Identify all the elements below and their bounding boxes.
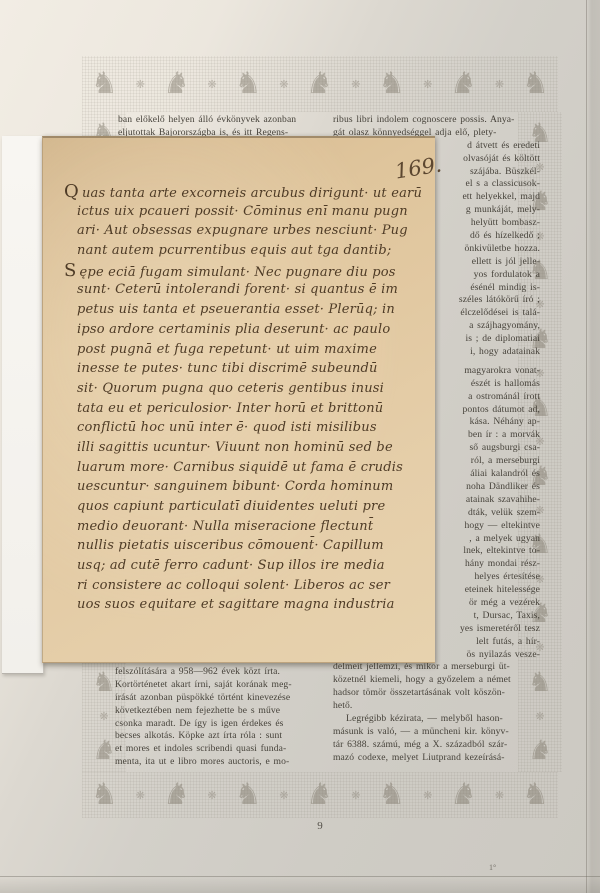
horseman-pattern-icon: ♞ bbox=[306, 780, 333, 810]
manuscript-line: Sępe eciā fugam simulant· Nec pugnare di… bbox=[64, 261, 427, 281]
manuscript-line: medio deuorant· Nulla miseracione flectu… bbox=[77, 517, 427, 537]
manuscript-line: quos capiunt particulatī diuidentes uelu… bbox=[77, 497, 427, 517]
manuscript-line: illi sagittis ucuntur· Viuunt non hominū… bbox=[77, 438, 427, 458]
text-line: ribus libri indolem cognoscere possis. A… bbox=[333, 114, 540, 127]
manuscript-line: tata eu et periculosior· Inter horū et b… bbox=[77, 399, 427, 419]
text-line: et mores et indoles scribendi quasi fund… bbox=[115, 743, 339, 756]
text-line: menta, ita ut e libro mores auctoris, e … bbox=[115, 756, 339, 769]
text-line: delmeit jellemzi, és mikor a merseburgi … bbox=[333, 661, 540, 674]
page-number: 9 bbox=[310, 820, 330, 832]
illuminated-initial: S bbox=[64, 260, 77, 281]
floret-motif-icon: ❋ bbox=[136, 790, 145, 801]
floret-motif-icon: ❋ bbox=[208, 79, 217, 90]
illuminated-initial: Q bbox=[64, 181, 79, 202]
horseman-pattern-icon: ♞ bbox=[163, 69, 190, 99]
floret-motif-icon: ❋ bbox=[208, 790, 217, 801]
horseman-pattern-icon: ♞ bbox=[450, 69, 477, 99]
signature-mark: 1° bbox=[489, 863, 496, 872]
book-page-photo: ♞❋♞❋♞❋♞❋♞❋♞❋♞ ♞❋♞❋♞❋♞❋♞❋♞❋♞ ♞❋♞❋♞❋♞❋♞❋♞❋… bbox=[0, 0, 600, 893]
manuscript-facsimile-plate: 169. Quas tanta arte excorneis arcubus d… bbox=[42, 136, 435, 663]
floret-motif-icon: ❋ bbox=[99, 711, 108, 722]
horseman-pattern-icon: ♞ bbox=[450, 780, 477, 810]
text-line: írását azonban püspökké történt kinevezé… bbox=[115, 692, 339, 705]
horseman-pattern-icon: ♞ bbox=[92, 737, 116, 764]
page-edge-right bbox=[586, 0, 600, 893]
horseman-pattern-icon: ♞ bbox=[91, 69, 118, 99]
manuscript-line: post pugnā et fuga repetunt· ut uim maxi… bbox=[77, 340, 427, 360]
manuscript-line: sit· Quorum pugna quo ceteris gentibus i… bbox=[77, 379, 427, 399]
left-column-bottom: felszólítására a 958—962 évek közt írta.… bbox=[115, 666, 339, 769]
horseman-pattern-icon: ♞ bbox=[92, 669, 116, 696]
text-line: közetnél kiemeli, hogy a győzelem a néme… bbox=[333, 674, 540, 687]
manuscript-line: ri consistere ac colloqui solent· Libero… bbox=[77, 576, 427, 596]
text-line: felszólítására a 958—962 évek közt írta. bbox=[115, 666, 339, 679]
horseman-pattern-icon: ♞ bbox=[378, 69, 405, 99]
floret-motif-icon: ❋ bbox=[351, 79, 360, 90]
horseman-pattern-icon: ♞ bbox=[163, 780, 190, 810]
manuscript-line: ari· Aut obsessas expugnare urbes nesciu… bbox=[77, 221, 427, 241]
manuscript-line: sunt· Ceterū intolerandi forent· si quan… bbox=[77, 280, 427, 300]
manuscript-line: uos suos equitare et sagittare magna ind… bbox=[77, 595, 427, 615]
ornamental-border-top: ♞❋♞❋♞❋♞❋♞❋♞❋♞ bbox=[82, 56, 558, 112]
text-line: Kortörténetet akart írni, saját korának … bbox=[115, 679, 339, 692]
horseman-pattern-icon: ♞ bbox=[306, 69, 333, 99]
text-line: ban előkelő helyen álló évkönyvek azonba… bbox=[118, 114, 340, 127]
manuscript-line: usq; ad cutē ferro cadunt· Sup illos ire… bbox=[77, 556, 427, 576]
text-line: mazó codexe, melyet Liutprand kezeírásá- bbox=[333, 752, 540, 765]
text-line: másunk is való, — a müncheni kir. könyv- bbox=[333, 726, 540, 739]
floret-motif-icon: ❋ bbox=[351, 790, 360, 801]
horseman-pattern-icon: ♞ bbox=[91, 780, 118, 810]
text-line: tár 6388. számú, még a X. századból szár… bbox=[333, 739, 540, 752]
manuscript-line: uescuntur· sanguinem bibunt· Corda homin… bbox=[77, 477, 427, 497]
horseman-pattern-icon: ♞ bbox=[235, 69, 262, 99]
manuscript-line: inesse te putes· tunc tibi discrimē sube… bbox=[77, 359, 427, 379]
floret-motif-icon: ❋ bbox=[495, 790, 504, 801]
text-line: Legrégibb kézirata, — melyből hason- bbox=[333, 713, 540, 726]
manuscript-line: Quas tanta arte excorneis arcubus dirigu… bbox=[64, 182, 427, 202]
text-line: következtében nem fejezhette be s műve bbox=[115, 705, 339, 718]
manuscript-line: petus uis tanta et pseuerantia esset· Pl… bbox=[77, 300, 427, 320]
manuscript-line: ipso ardore certaminis plia deserunt· ac… bbox=[77, 320, 427, 340]
floret-motif-icon: ❋ bbox=[279, 79, 288, 90]
manuscript-line: nullis pietatis uisceribus cōmouent̄· Ca… bbox=[77, 536, 427, 556]
text-line: hadsor tömör összetartásának volt köszön… bbox=[333, 687, 540, 700]
manuscript-text: Quas tanta arte excorneis arcubus dirigu… bbox=[77, 182, 427, 615]
text-line: hető. bbox=[333, 700, 540, 713]
text-line: becses alkotás. Köpke azt írta róla : su… bbox=[115, 730, 339, 743]
floret-motif-icon: ❋ bbox=[423, 79, 432, 90]
tissue-guard-sheet bbox=[2, 136, 44, 674]
floret-motif-icon: ❋ bbox=[423, 790, 432, 801]
horseman-pattern-icon: ♞ bbox=[235, 780, 262, 810]
page-edge-bottom bbox=[0, 876, 600, 893]
floret-motif-icon: ❋ bbox=[279, 790, 288, 801]
manuscript-line: luarum more· Carnibus siquidē ut fama ē … bbox=[77, 458, 427, 478]
manuscript-line: nant autem pcurrentibus equis aut tga da… bbox=[77, 241, 427, 261]
ornamental-border-bottom: ♞❋♞❋♞❋♞❋♞❋♞❋♞ bbox=[82, 772, 558, 818]
horseman-pattern-icon: ♞ bbox=[522, 780, 549, 810]
horseman-pattern-icon: ♞ bbox=[378, 780, 405, 810]
manuscript-line: conflictū hoc unū inter ē· quod isti mis… bbox=[77, 418, 427, 438]
floret-motif-icon: ❋ bbox=[136, 79, 145, 90]
horseman-pattern-icon: ♞ bbox=[522, 69, 549, 99]
text-line: csonka maradt. De így is igen érdekes és bbox=[115, 718, 339, 731]
floret-motif-icon: ❋ bbox=[495, 79, 504, 90]
manuscript-line: ictus uix pcaueri possit· Cōminus enī ma… bbox=[77, 202, 427, 222]
